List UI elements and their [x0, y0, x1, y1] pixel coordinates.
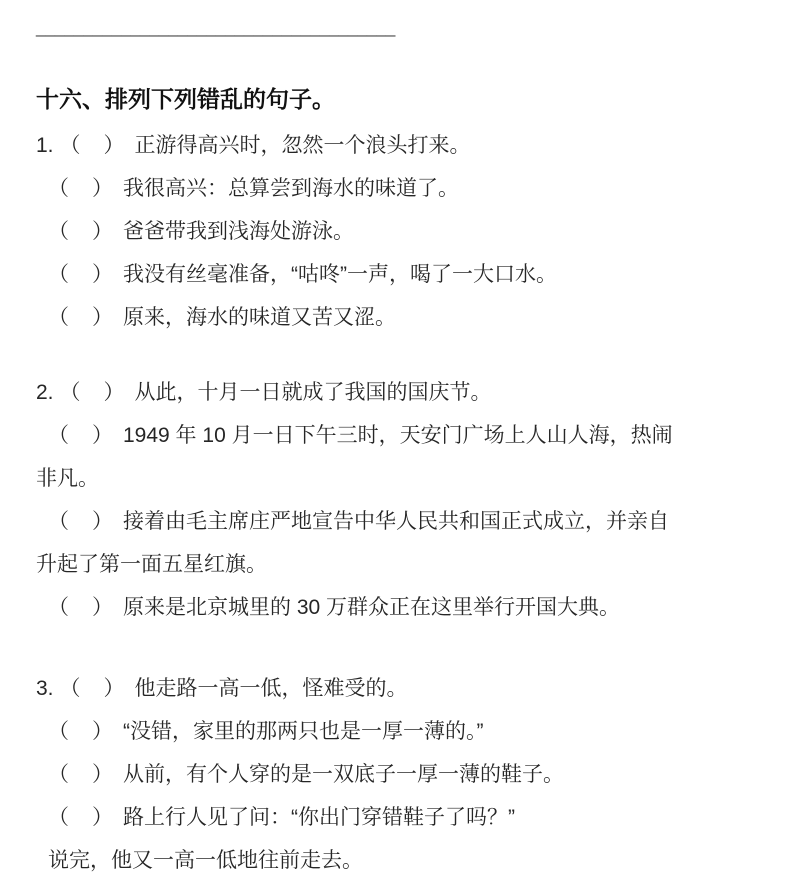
answer-bracket: （ ）	[48, 510, 114, 533]
answer-bracket: （ ）	[48, 763, 114, 786]
sentence-row: （ ）原来，海水的味道又苦又涩。	[36, 296, 780, 339]
item-number: 1.	[36, 134, 54, 157]
sentence-row: （ ）路上行人见了问：“你出门穿错鞋子了吗？”	[36, 796, 780, 839]
answer-bracket: （ ）	[60, 381, 126, 404]
sentence-row: （ ）接着由毛主席庄严地宣告中华人民共和国正式成立，并亲自	[36, 500, 780, 543]
sentence-row: （ ）1949 年 10 月一日下午三时，天安门广场上人山人海，热闹	[36, 414, 780, 457]
answer-bracket: （ ）	[48, 424, 114, 447]
sentence-text: 原来是北京城里的 30 万群众正在这里举行开国大典。	[123, 596, 620, 619]
sentence-text: 我没有丝毫准备，“咕咚”一声，喝了一大口水。	[123, 263, 557, 286]
sentence-text: “没错，家里的那两只也是一厚一薄的。”	[123, 720, 484, 743]
answer-bracket: （ ）	[48, 596, 114, 619]
sentence-text: 非凡。	[36, 467, 99, 490]
worksheet-page: ______________________________________ 十…	[0, 0, 800, 893]
sentence-continuation-row: 升起了第一面五星红旗。	[36, 543, 780, 586]
sentence-group-2: 2.（ ）从此，十月一日就成了我国的国庆节。 （ ）1949 年 10 月一日下…	[36, 371, 780, 629]
answer-bracket: （ ）	[60, 677, 126, 700]
sentence-text: 接着由毛主席庄严地宣告中华人民共和国正式成立，并亲自	[123, 510, 669, 533]
sentence-row: （ ）原来是北京城里的 30 万群众正在这里举行开国大典。	[36, 586, 780, 629]
sentence-text: 说完，他又一高一低地往前走去。	[48, 849, 363, 872]
sentence-text: 升起了第一面五星红旗。	[36, 553, 267, 576]
sentence-group-3: 3.（ ）他走路一高一低，怪难受的。 （ ）“没错，家里的那两只也是一厚一薄的。…	[36, 667, 780, 882]
answer-bracket: （ ）	[48, 220, 114, 243]
answer-bracket: （ ）	[48, 263, 114, 286]
item-number: 3.	[36, 677, 54, 700]
answer-bracket: （ ）	[48, 177, 114, 200]
blank-answer-line: ______________________________________	[36, 16, 780, 40]
item-number: 2.	[36, 381, 54, 404]
answer-bracket: （ ）	[60, 134, 126, 157]
sentence-text: 从此，十月一日就成了我国的国庆节。	[135, 381, 492, 404]
sentence-text: 爸爸带我到浅海处游泳。	[123, 220, 354, 243]
answer-bracket: （ ）	[48, 306, 114, 329]
sentence-row: （ ）“没错，家里的那两只也是一厚一薄的。”	[36, 710, 780, 753]
sentence-row: 说完，他又一高一低地往前走去。	[36, 839, 780, 882]
sentence-row: 1.（ ）正游得高兴时，忽然一个浪头打来。	[36, 124, 780, 167]
sentence-text: 从前，有个人穿的是一双底子一厚一薄的鞋子。	[123, 763, 564, 786]
answer-bracket: （ ）	[48, 720, 114, 743]
answer-bracket: （ ）	[48, 806, 114, 829]
sentence-row: 3.（ ）他走路一高一低，怪难受的。	[36, 667, 780, 710]
section-heading: 十六、排列下列错乱的句子。	[36, 84, 780, 114]
sentence-text: 我很高兴：总算尝到海水的味道了。	[123, 177, 459, 200]
sentence-continuation-row: 非凡。	[36, 457, 780, 500]
sentence-row: （ ）我没有丝毫准备，“咕咚”一声，喝了一大口水。	[36, 253, 780, 296]
sentence-group-1: 1.（ ）正游得高兴时，忽然一个浪头打来。 （ ）我很高兴：总算尝到海水的味道了…	[36, 124, 780, 339]
sentence-text: 路上行人见了问：“你出门穿错鞋子了吗？”	[123, 806, 515, 829]
sentence-row: （ ）从前，有个人穿的是一双底子一厚一薄的鞋子。	[36, 753, 780, 796]
sentence-text: 正游得高兴时，忽然一个浪头打来。	[135, 134, 471, 157]
sentence-row: （ ）我很高兴：总算尝到海水的味道了。	[36, 167, 780, 210]
sentence-text: 1949 年 10 月一日下午三时，天安门广场上人山人海，热闹	[123, 424, 673, 447]
sentence-text: 原来，海水的味道又苦又涩。	[123, 306, 396, 329]
sentence-row: 2.（ ）从此，十月一日就成了我国的国庆节。	[36, 371, 780, 414]
sentence-text: 他走路一高一低，怪难受的。	[135, 677, 408, 700]
sentence-row: （ ）爸爸带我到浅海处游泳。	[36, 210, 780, 253]
